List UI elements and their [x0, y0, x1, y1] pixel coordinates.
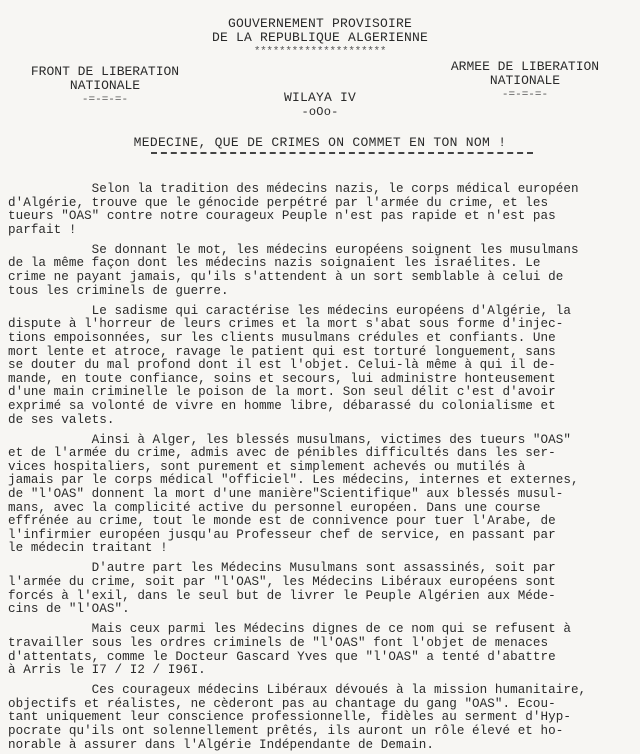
government-heading-line1: GOUVERNEMENT PROVISOIRE	[0, 17, 640, 31]
text-line: cins de "l'OAS".	[8, 603, 636, 617]
text-line: jamais par le corps médical "officiel". …	[8, 474, 636, 488]
text-line: mort lente et atroce, ravage le patient …	[8, 346, 636, 360]
text-line: Se donnant le mot, les médecins européen…	[8, 244, 636, 258]
document-body: Selon la tradition des médecins nazis, l…	[8, 183, 636, 754]
left-org-line1: FRONT DE LIBERATION	[20, 65, 190, 79]
text-line: objectifs et réalistes, ne cèderont pas …	[8, 698, 636, 712]
government-heading-line2: DE LA REPUBLIQUE ALGERIENNE	[0, 31, 640, 45]
text-line: mande, en toute confiance, soins et seco…	[8, 373, 636, 387]
right-org-line1: ARMEE DE LIBERATION	[440, 60, 610, 74]
paragraph: D'autre part les Médecins Musulmans sont…	[8, 562, 636, 616]
text-line: le médecin traitant !	[8, 542, 636, 556]
paragraph: Mais ceux parmi les Médecins dignes de c…	[8, 623, 636, 677]
paragraph: Ainsi à Alger, les blessés musulmans, vi…	[8, 434, 636, 556]
document-title: MEDECINE, QUE DE CRIMES ON COMMET EN TON…	[0, 136, 640, 150]
text-line: et de l'armée du crime, admis avec de pé…	[8, 447, 636, 461]
text-line: de la même façon dont les médecins nazis…	[8, 257, 636, 271]
text-line: norable à assurer dans l'Algérie Indépen…	[8, 739, 636, 753]
text-line: tant uniquement leur conscience professi…	[8, 711, 636, 725]
text-line: mans, avec la complicité active du perso…	[8, 502, 636, 516]
text-line: de "l'OAS" donnent la mort d'une manière…	[8, 488, 636, 502]
text-line: Ces courageux médecins Libéraux dévoués …	[8, 684, 636, 698]
text-line: D'autre part les Médecins Musulmans sont…	[8, 562, 636, 576]
text-line: travailler sous les ordres criminels de …	[8, 637, 636, 651]
text-line: pocrate qu'ils ont solennellement prêtés…	[8, 725, 636, 739]
text-line: Le sadisme qui caractérise les médecins …	[8, 305, 636, 319]
paragraph: Selon la tradition des médecins nazis, l…	[8, 183, 636, 237]
text-line: Selon la tradition des médecins nazis, l…	[8, 183, 636, 197]
text-line: vices hospitaliers, sont purement et sim…	[8, 461, 636, 475]
text-line: l'infirmier européen jusqu'au Professeur…	[8, 529, 636, 543]
text-line: d'une main criminelle le poison de la mo…	[8, 386, 636, 400]
title-underline	[151, 152, 533, 154]
wilaya-separator: -oOo-	[0, 105, 640, 119]
text-line: tous les criminels de guerre.	[8, 285, 636, 299]
text-line: effrénée au crime, tout le monde est de …	[8, 515, 636, 529]
text-line: forcés à l'exil, dans le seul but de liv…	[8, 590, 636, 604]
text-line: se douter du mal profond dont il est l'o…	[8, 359, 636, 373]
text-line: à Arris le I7 / I2 / I96I.	[8, 664, 636, 678]
text-line: exprimé sa volonté de vivre en homme lib…	[8, 400, 636, 414]
wilaya-label: WILAYA IV	[0, 91, 640, 105]
stars-separator: *********************	[0, 45, 640, 59]
text-line: Mais ceux parmi les Médecins dignes de c…	[8, 623, 636, 637]
text-line: l'armée du crime, soit par "l'OAS", les …	[8, 576, 636, 590]
text-line: tions empoisonnées, sur les clients musu…	[8, 332, 636, 346]
text-line: dispute à l'horreur de leurs crimes et l…	[8, 318, 636, 332]
paragraph: Se donnant le mot, les médecins européen…	[8, 244, 636, 298]
right-org-line2: NATIONALE	[440, 74, 610, 88]
text-line: parfait !	[8, 224, 636, 238]
text-line: de ses valets.	[8, 414, 636, 428]
paragraph: Ces courageux médecins Libéraux dévoués …	[8, 684, 636, 752]
paragraph: Le sadisme qui caractérise les médecins …	[8, 305, 636, 427]
text-line: crime ne payant jamais, qu'ils s'attende…	[8, 271, 636, 285]
document-page: GOUVERNEMENT PROVISOIRE DE LA REPUBLIQUE…	[0, 0, 640, 754]
text-line: d'attentats, comme le Docteur Gascard Yv…	[8, 651, 636, 665]
text-line: d'Algérie, trouve que le génocide perpét…	[8, 197, 636, 211]
text-line: tueurs "OAS" contre notre courageux Peup…	[8, 210, 636, 224]
text-line: Ainsi à Alger, les blessés musulmans, vi…	[8, 434, 636, 448]
